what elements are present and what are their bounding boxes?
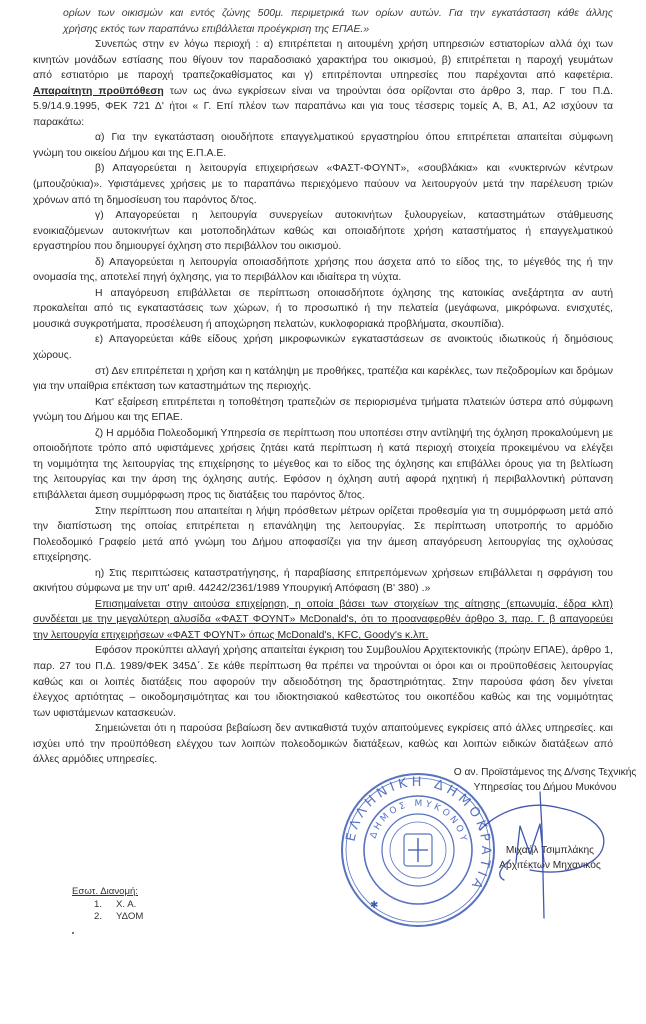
document-line: η) Στις περιπτώσεις καταστρατήγησης, ή π… [33,566,613,582]
svg-text:✱: ✱ [370,900,378,911]
document-line: Απαραίτητη προϋπόθεση των ως άνω εγκρίσε… [33,84,613,100]
line-text: (μπουζούκια)». Υφιστάμενες χρήσεις με το… [33,179,613,190]
document-line: Κατ' εξαίρεση επιτρέπεται η τοποθέτηση τ… [33,395,613,411]
line-text: ονομασία της, αποτελεί πηγή όχλησης, για… [33,272,401,283]
line-text: Κατ' εξαίρεση επιτρέπεται η τοποθέτηση τ… [95,397,613,408]
document-line: ορίων των οικισμών και εντός ζώνης 500μ.… [33,6,613,22]
document-line: τη νομιμότητα της λειτουργίας της επιχεί… [33,457,613,473]
line-text: α) Για την εγκατάσταση οιουδήποτε επαγγε… [95,132,613,143]
document-line: προκαλείται από τις εγκαταστάσεις των χώ… [33,301,613,317]
document-line: ενοικιαζόμενων αυτοκινήτων και μοτοποδηλ… [33,224,613,240]
document-line: μουσικά συγκροτήματα, προσέλευση ή αποχώ… [33,317,613,333]
line-text: χρήσης εκτός των παραπάνω επιβάλλεται πρ… [63,24,369,35]
document-line: χώρους. [33,348,613,364]
line-text: ορίων των οικισμών και εντός ζώνης 500μ.… [63,8,613,19]
line-text: εργαστηρίου που δημιουργεί όχληση στο πε… [33,241,341,252]
document-line: την διαπίστωση της οποίας επιτρέπεται η … [33,519,613,535]
document-line: της λειτουργίας και την άρση της όχλησης… [33,472,613,488]
line-text: μουσικά συγκροτήματα, προσέλευση ή αποχώ… [33,319,504,330]
distribution-item-number: 1. [94,899,116,912]
line-text: 5.9/14.9.1995, ΦΕΚ 721 Δ' ήτοι « Γ. Επί … [33,101,613,112]
line-text: επιβάλλεται άμεση συμμόρφωση προς τις δι… [33,490,365,501]
line-text: Στην περίπτωση που απαιτείται η λήψη πρό… [95,506,613,517]
document-line: Η απαγόρευση επιβάλλεται σε περίπτωση οπ… [33,286,613,302]
document-line: ε) Απαγορεύεται κάθε είδους χρήση μικροφ… [33,332,613,348]
document-line: (μπουζούκια)». Υφιστάμενες χρήσεις με το… [33,177,613,193]
document-line: β) Απαγορεύεται η λειτουργία επιχειρήσεω… [33,161,613,177]
line-text: την λειτουργία επιχειρήσεων «ΦΑΣΤ ΦΟΥΝΤ»… [33,630,428,641]
line-text: Σημειώνεται ότι η παρούσα βεβαίωση δεν α… [95,723,613,734]
line-text: της λειτουργίας και την άρση της όχλησης… [33,474,613,485]
line-text: γνώμη του Δήμου και της ΕΠΑΕ. [33,412,183,423]
line-text: γνώμη του οικείου Δήμου και της Ε.Π.Α.Ε. [33,148,226,159]
document-line: γ) Απαγορεύεται η λειτουργία συνεργείων … [33,208,613,224]
line-text: επιχείρησης. [33,552,92,563]
document-line: παρ. 27 του Π.Δ. 1989/ΦΕΚ 345Δ΄. Σε κάθε… [33,659,613,675]
document-line: συνδέεται με την μεγαλύτερη αλυσίδα «ΦΑΣ… [33,612,613,628]
document-line: Στην περίπτωση που απαιτείται η λήψη πρό… [33,504,613,520]
document-line: στ) Δεν επιτρέπεται η χρήση και η κατάλη… [33,364,613,380]
distribution-title: Εσωτ. Διανομή: [72,886,143,899]
document-line: ονομασία της, αποτελεί πηγή όχλησης, για… [33,270,613,286]
document-line: οποιοδήποτε τρόπο από υφιστάμενες χρήσει… [33,441,613,457]
line-text: των ως άνω εγκρίσεων είναι να τηρούνται … [164,86,613,97]
document-line: γνώμη του Δήμου και της ΕΠΑΕ. [33,410,613,426]
line-text: από εστιατόριο με παροχή τραπεζοκαθίσματ… [33,70,613,81]
distribution-item: 2. ΥΔΟΜ [72,911,143,924]
document-line: κινητών μονάδων εστίασης που θίγουν τον … [33,53,613,69]
document-line: Σημειώνεται ότι η παρούσα βεβαίωση δεν α… [33,721,613,737]
line-text: χρόνων από τη δημοσίευση του παρόντος δ/… [33,195,257,206]
document-line: χρήσης εκτός των παραπάνω επιβάλλεται πρ… [33,22,613,38]
stray-mark [72,932,74,934]
line-text: ε) Απαγορεύεται κάθε είδους χρήση μικροφ… [95,334,613,345]
line-text: β) Απαγορεύεται η λειτουργία επιχειρήσεω… [95,163,613,174]
line-text: άλλες αρμόδιες υπηρεσίες. [33,754,157,765]
line-text: προκαλείται από τις εγκαταστάσεις των χώ… [33,303,613,314]
line-text: Συνεπώς στην εν λόγω περιοχή : α) επιτρέ… [95,39,613,50]
document-line: έλεγχος αρτιότητας – οικοδομησιμότητας κ… [33,690,613,706]
line-text: έλεγχος αρτιότητας – οικοδομησιμότητας κ… [33,692,613,703]
line-text: Επισημαίνεται στην αιτούσα επιχείρηση, η… [95,599,613,610]
line-text: η) Στις περιπτώσεις καταστρατήγησης, ή π… [95,568,613,579]
document-body: ορίων των οικισμών και εντός ζώνης 500μ.… [33,6,613,768]
line-text: καθώς και οι λοιπές διατάξεις που αφορού… [33,677,613,688]
line-text: Εφόσον προκύπτει αλλαγή χρήσης απαιτείτα… [95,645,613,656]
line-text: για την υπαίθρια επέκταση των καταστημάτ… [33,381,311,392]
line-text: ζ) Η αρμόδια Πολεοδομική Υπηρεσία σε περ… [95,428,613,439]
line-text: δ) Απαγορεύεται η λειτουργία οποιασδήποτ… [95,257,613,268]
document-line: των υφιστάμενων κατασκευών. [33,706,613,722]
line-text: συνδέεται με την μεγαλύτερη αλυσίδα «ΦΑΣ… [33,614,613,625]
line-text: ισχύει υπό την προϋπόθεση ελέγχου των λο… [33,739,613,750]
document-line: γνώμη του οικείου Δήμου και της Ε.Π.Α.Ε. [33,146,613,162]
document-line: ακινήτου σύμφωνα με την υπ' αριθ. 44242/… [33,581,613,597]
line-text: ακινήτου σύμφωνα με την υπ' αριθ. 44242/… [33,583,430,594]
line-text: ενοικιαζόμενων αυτοκινήτων και μοτοποδηλ… [33,226,613,237]
document-line: εργαστηρίου που δημιουργεί όχληση στο πε… [33,239,613,255]
document-line: επιχείρησης. [33,550,613,566]
line-text: παρ. 27 του Π.Δ. 1989/ΦΕΚ 345Δ΄. Σε κάθε… [33,661,613,672]
internal-distribution: Εσωτ. Διανομή: 1. Χ. Α. 2. ΥΔΟΜ [72,886,143,924]
line-text: οποιοδήποτε τρόπο από υφιστάμενες χρήσει… [33,443,613,454]
line-text: παρακάτω: [33,117,84,128]
document-line: Συνεπώς στην εν λόγω περιοχή : α) επιτρέ… [33,37,613,53]
document-line: την λειτουργία επιχειρήσεων «ΦΑΣΤ ΦΟΥΝΤ»… [33,628,613,644]
line-text: στ) Δεν επιτρέπεται η χρήση και η κατάλη… [95,366,613,377]
distribution-item: 1. Χ. Α. [72,899,143,912]
document-line: καθώς και οι λοιπές διατάξεις που αφορού… [33,675,613,691]
document-line: Επισημαίνεται στην αιτούσα επιχείρηση, η… [33,597,613,613]
distribution-item-label: ΥΔΟΜ [116,911,143,924]
line-text: τη νομιμότητα της λειτουργίας της επιχεί… [33,459,613,470]
document-line: Πολεοδομικό Γραφείο μετά από γνώμη του Δ… [33,535,613,551]
line-text: Η απαγόρευση επιβάλλεται σε περίπτωση οπ… [95,288,613,299]
line-text: γ) Απαγορεύεται η λειτουργία συνεργείων … [95,210,613,221]
document-line: επιβάλλεται άμεση συμμόρφωση προς τις δι… [33,488,613,504]
document-line: ισχύει υπό την προϋπόθεση ελέγχου των λο… [33,737,613,753]
document-line: 5.9/14.9.1995, ΦΕΚ 721 Δ' ήτοι « Γ. Επί … [33,99,613,115]
document-line: α) Για την εγκατάσταση οιουδήποτε επαγγε… [33,130,613,146]
handwritten-signature-icon [470,790,630,920]
line-text: χώρους. [33,350,72,361]
document-line: για την υπαίθρια επέκταση των καταστημάτ… [33,379,613,395]
document-line: Εφόσον προκύπτει αλλαγή χρήσης απαιτείτα… [33,643,613,659]
line-text: κινητών μονάδων εστίασης που θίγουν τον … [33,55,613,66]
line-text: των υφιστάμενων κατασκευών. [33,708,176,719]
emphasis-text: Απαραίτητη προϋπόθεση [33,86,164,97]
document-line: δ) Απαγορεύεται η λειτουργία οποιασδήποτ… [33,255,613,271]
document-line: παρακάτω: [33,115,613,131]
line-text: την διαπίστωση της οποίας επιτρέπεται η … [33,521,613,532]
document-line: από εστιατόριο με παροχή τραπεζοκαθίσματ… [33,68,613,84]
distribution-item-label: Χ. Α. [116,899,136,912]
signatory-title-line1: Ο αν. Προϊστάμενος της Δ/νσης Τεχνικής [450,766,640,781]
distribution-item-number: 2. [94,911,116,924]
line-text: Πολεοδομικό Γραφείο μετά από γνώμη του Δ… [33,537,613,548]
document-line: χρόνων από τη δημοσίευση του παρόντος δ/… [33,193,613,209]
document-line: ζ) Η αρμόδια Πολεοδομική Υπηρεσία σε περ… [33,426,613,442]
